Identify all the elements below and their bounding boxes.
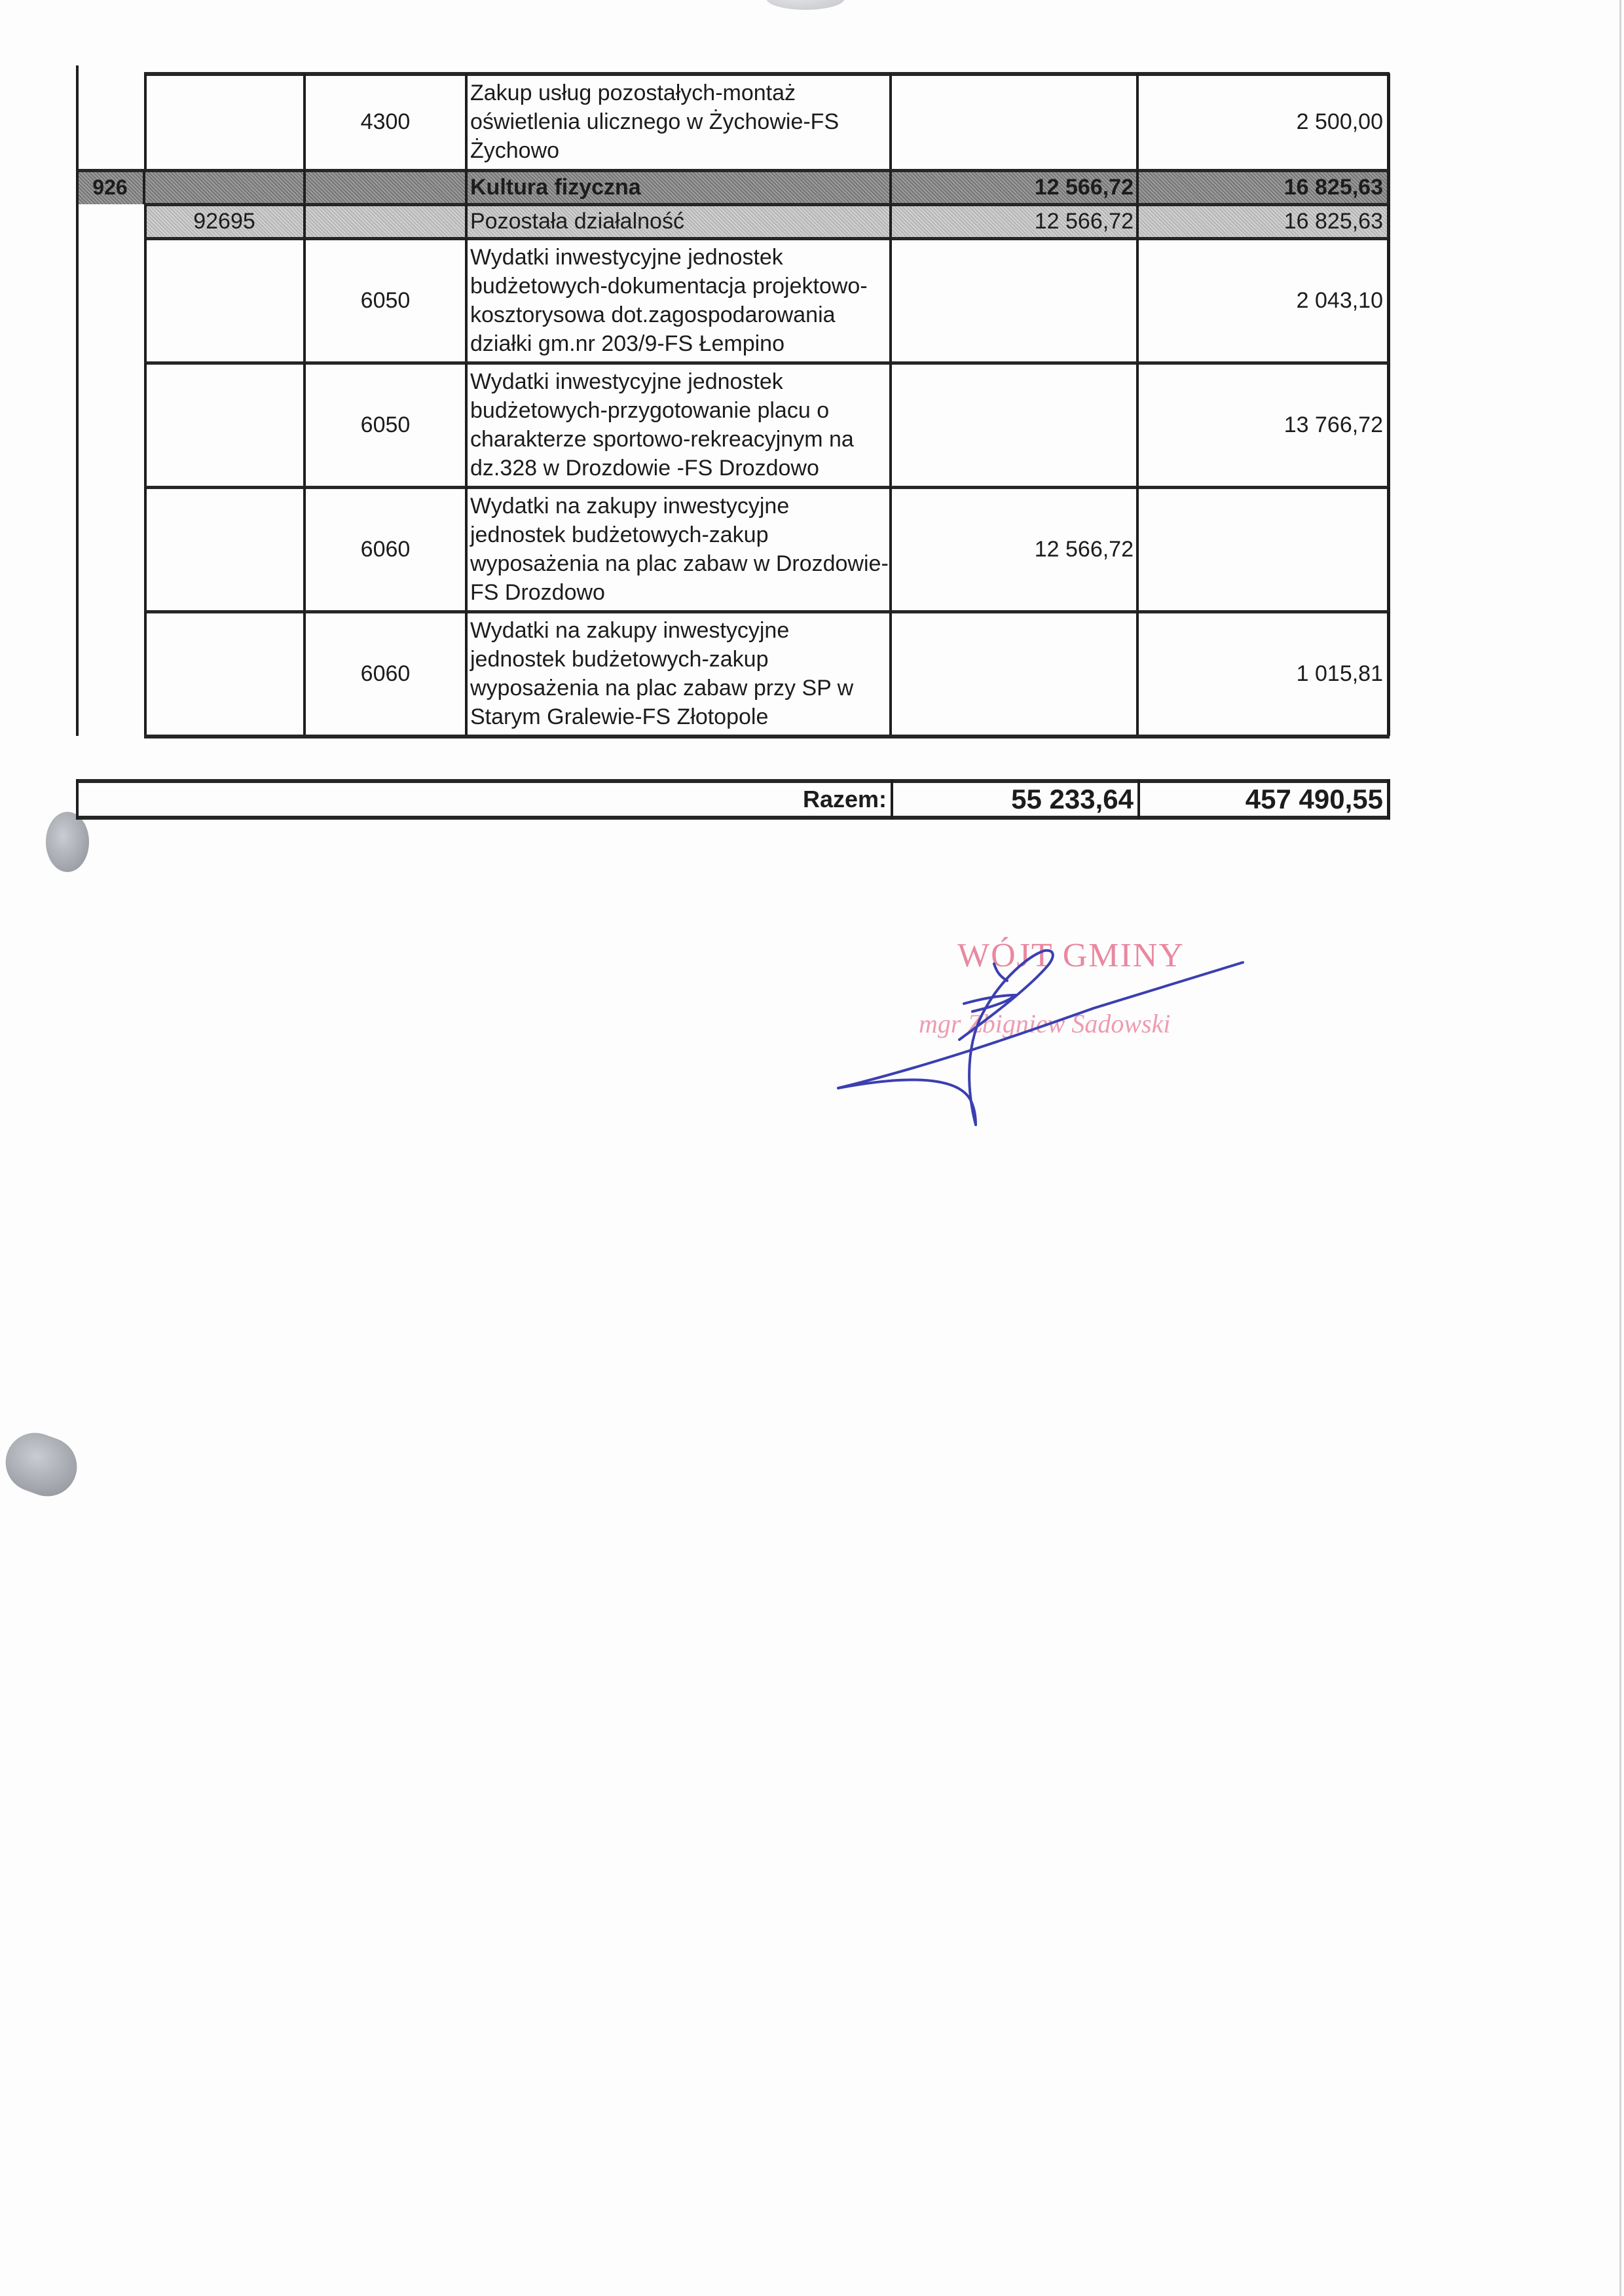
cell-amount-2: 1 015,81 [1137, 611, 1387, 736]
cell-amount-1: 12 566,72 [891, 170, 1137, 204]
cell-amount-2: 2 043,10 [1137, 238, 1387, 363]
cell-paragraf: 6050 [304, 238, 466, 363]
total-label: Razem: [79, 783, 891, 816]
dzial-column-border [76, 65, 79, 736]
cell-amount-2: 16 825,63 [1137, 204, 1387, 238]
cell-paragraf: 6060 [304, 487, 466, 611]
cell-description: Pozostała działalność [466, 204, 891, 238]
cell-description: Zakup usług pozostałych-montaż oświetlen… [466, 73, 891, 170]
cell-description: Wydatki na zakupy inwestycyjne jednostek… [466, 487, 891, 611]
cell-dzial [76, 204, 144, 238]
cell-paragraf [304, 170, 466, 204]
cell-dzial [76, 487, 144, 611]
cell-description: Kultura fizyczna [466, 170, 891, 204]
cell-amount-2 [1137, 487, 1387, 611]
punch-hole-shadow-lower [0, 1425, 85, 1504]
cell-description: Wydatki inwestycyjne jednostek budżetowy… [466, 363, 891, 487]
punch-hole-shadow-left [46, 812, 89, 872]
punch-hole-shadow-top [766, 0, 845, 10]
cell-dzial [76, 363, 144, 487]
cell-amount-1: 12 566,72 [891, 204, 1137, 238]
cell-rozdzial [144, 487, 304, 611]
cell-amount-1 [891, 363, 1137, 487]
cell-paragraf: 6050 [304, 363, 466, 487]
cell-amount-2: 2 500,00 [1137, 73, 1387, 170]
cell-paragraf: 6060 [304, 611, 466, 736]
total-col2: 457 490,55 [1140, 783, 1387, 816]
cell-rozdzial [144, 363, 304, 487]
cell-dzial [76, 238, 144, 363]
cell-description: Wydatki na zakupy inwestycyjne jednostek… [466, 611, 891, 736]
cell-amount-2: 13 766,72 [1137, 363, 1387, 487]
cell-amount-2: 16 825,63 [1137, 170, 1387, 204]
cell-paragraf: 4300 [304, 73, 466, 170]
cell-dzial: 926 [76, 170, 144, 204]
cell-paragraf [304, 204, 466, 238]
cell-amount-1: 12 566,72 [891, 487, 1137, 611]
cell-rozdzial [144, 170, 304, 204]
cell-rozdzial [144, 611, 304, 736]
cell-rozdzial [144, 238, 304, 363]
cell-dzial [76, 73, 144, 170]
cell-amount-1 [891, 73, 1137, 170]
cell-description: Wydatki inwestycyjne jednostek budżetowy… [466, 238, 891, 363]
cell-amount-1 [891, 611, 1137, 736]
page-right-edge [1619, 0, 1621, 2296]
cell-rozdzial [144, 73, 304, 170]
signature [819, 903, 1277, 1139]
cell-amount-1 [891, 238, 1137, 363]
total-col1: 55 233,64 [893, 783, 1137, 816]
cell-rozdzial: 92695 [144, 204, 304, 238]
cell-dzial [76, 611, 144, 736]
